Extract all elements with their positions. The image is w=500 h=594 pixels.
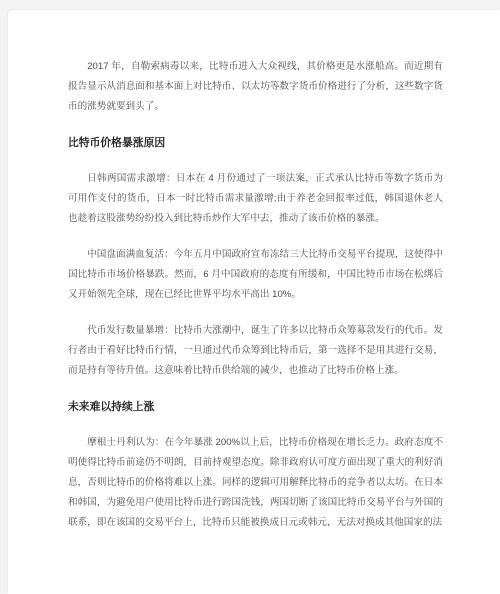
page-background: 2017 年，自勒索病毒以来，比特币进入大众视线，其价格更是水涨船高。而近期有报… bbox=[0, 0, 500, 594]
section-heading: 比特币价格暴涨原因 bbox=[68, 133, 443, 153]
article-paragraph: 中国盘面满血复活：今年五月中国政府宣布冻结三大比特币交易平台提现，这使得中国比特… bbox=[68, 245, 443, 305]
article-paragraph: 2017 年，自勒索病毒以来，比特币进入大众视线，其价格更是水涨船高。而近期有报… bbox=[68, 57, 443, 117]
article-paragraph: 代币发行数量暴增：比特币大涨潮中，诞生了许多以比特币众筹募款发行的代币。发行者由… bbox=[68, 321, 443, 381]
article-body: 2017 年，自勒索病毒以来，比特币进入大众视线，其价格更是水涨船高。而近期有报… bbox=[8, 10, 500, 533]
article-paragraph: 日韩两国需求激增：日本在 4 月份通过了一项法案，正式承认比特币等数字货币为可用… bbox=[68, 169, 443, 229]
article-paragraph: 摩根士丹利认为：在今年暴涨 200%以上后，比特币价格现在增长乏力。政府态度不明… bbox=[68, 433, 443, 533]
article-card: 2017 年，自勒索病毒以来，比特币进入大众视线，其价格更是水涨船高。而近期有报… bbox=[8, 10, 500, 594]
section-heading: 未来难以持续上涨 bbox=[68, 397, 443, 417]
